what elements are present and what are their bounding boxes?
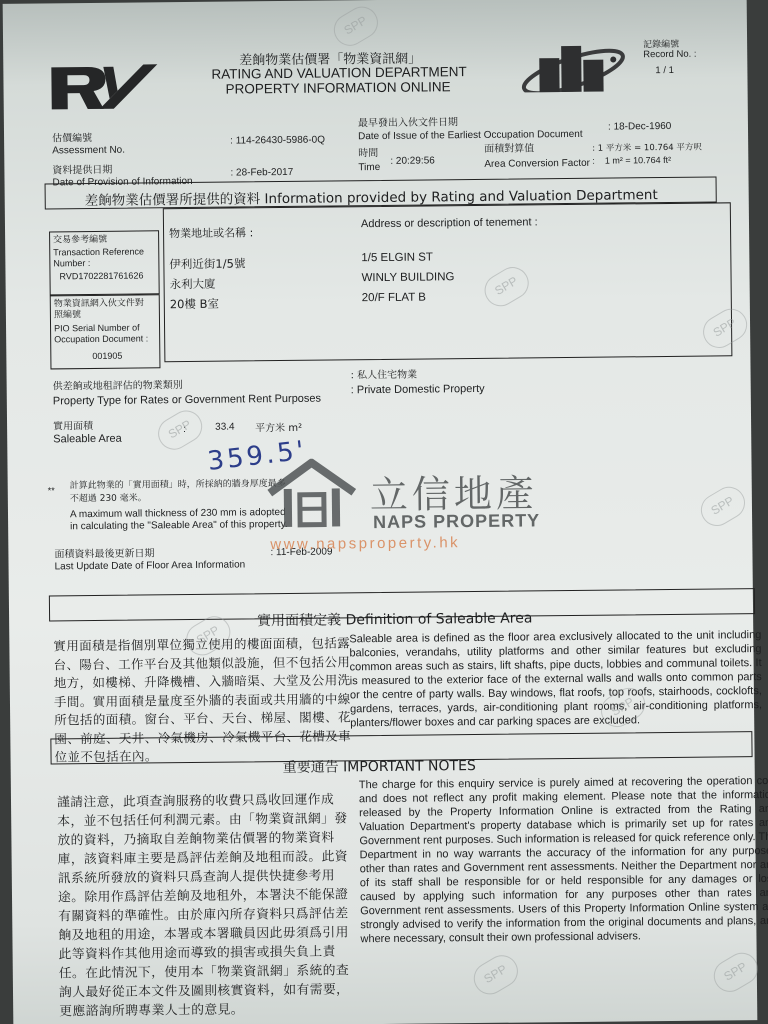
- wall-note-zh-2: 不超過 230 毫米。: [70, 493, 147, 505]
- earliest-doc-label-zh: 最早發出入伙文件日期: [358, 117, 458, 130]
- saleable-area-unit: 平方米 m²: [255, 419, 302, 434]
- document-page: 差餉物業估價署「物業資訊網」 RATING AND VALUATION DEPA…: [3, 0, 758, 1024]
- time-label-en: Time: [358, 162, 380, 174]
- spp-watermark-icon: SPP: [708, 947, 764, 998]
- header-subtitle-en: PROPERTY INFORMATION ONLINE: [225, 79, 450, 96]
- last-update-label-en: Last Update Date of Floor Area Informati…: [54, 559, 245, 572]
- property-type-label-zh: 供差餉或地租評估的物業類別: [53, 380, 183, 393]
- address-label-zh: 物業地址或名稱 :: [169, 223, 253, 244]
- wall-note-zh-1: 計算此物業的「實用面積」時，所採納的牆身厚度最多: [70, 479, 286, 492]
- buildings-logo-icon: [515, 41, 626, 92]
- pio-serial-label-zh: 物業資訊網入伙文件對照編號: [54, 298, 152, 321]
- address-zh-line: 永利大廈: [169, 273, 245, 294]
- watermark-url: www.napsproperty.hk: [270, 534, 460, 553]
- transaction-ref-label-zh: 交易參考編號: [53, 235, 107, 247]
- wall-note-en-1: A maximum wall thickness of 230 mm is ad…: [70, 507, 286, 520]
- property-type-value-zh: : 私人住宅物業: [351, 370, 418, 383]
- record-label-en: Record No. :: [643, 49, 696, 61]
- provision-date-value: : 28-Feb-2017: [230, 167, 293, 179]
- address-zh-line: 20樓 B室: [170, 293, 246, 314]
- address-en-line: WINLY BUILDING: [361, 267, 454, 288]
- watermark-brand-en: NAPS PROPERTY: [373, 510, 540, 533]
- important-text-en: The charge for this enquiry service is p…: [359, 774, 768, 946]
- pio-serial-value: 001905: [92, 351, 122, 362]
- transaction-ref-value: RVD1702281761626: [59, 270, 143, 282]
- last-update-label-zh: 面積資料最後更新日期: [54, 548, 154, 561]
- saleable-area-value: 33.4: [215, 422, 235, 433]
- property-type-label-en: Property Type for Rates or Government Re…: [53, 393, 321, 408]
- saleable-area-label-en: Saleable Area: [53, 433, 122, 446]
- transaction-ref-label-en: Transaction Reference Number :: [53, 246, 157, 269]
- conversion-label-zh: 面積對算值: [484, 143, 534, 156]
- spp-watermark-icon: SPP: [152, 405, 208, 456]
- important-title: 重要通告 IMPORTANT NOTES: [283, 755, 476, 777]
- address-en: 1/5 ELGIN ST WINLY BUILDING 20/F FLAT B: [361, 247, 454, 308]
- address-zh: 伊利近街1/5號 永利大廈 20樓 B室: [169, 253, 246, 314]
- important-text-zh: 謹請注意，此項查詢服務的收費只爲收回運作成本，並不包括任何利潤元素。由「物業資訊…: [57, 790, 359, 1021]
- address-en-line: 20/F FLAT B: [362, 287, 455, 308]
- time-value: : 20:29:56: [390, 155, 435, 166]
- spp-watermark-icon: SPP: [695, 481, 751, 532]
- spp-watermark-icon: SPP: [468, 949, 524, 1000]
- property-type-value-en: : Private Domestic Property: [351, 383, 485, 396]
- wall-note-marker: **: [48, 485, 55, 496]
- address-en-line: 1/5 ELGIN ST: [361, 247, 454, 268]
- conversion-label-en: Area Conversion Factor: [484, 158, 590, 171]
- address-zh-line: 伊利近街1/5號: [169, 253, 245, 274]
- definition-text-en: Saleable area is defined as the floor ar…: [349, 628, 762, 730]
- spp-watermark-icon: SPP: [328, 1, 384, 52]
- address-label-en: Address or description of tenement :: [361, 212, 538, 234]
- conversion-value-zh: : 1 平方米 = 10.764 平方呎: [592, 141, 702, 154]
- assessment-value: : 114-26430-5986-0Q: [230, 135, 325, 147]
- wall-note-en-2: in calculating the "Saleable Area" of th…: [70, 519, 288, 532]
- earliest-doc-value: : 18-Dec-1960: [608, 121, 671, 133]
- assessment-label-en: Assessment No.: [52, 145, 125, 158]
- provision-date-label-zh: 資料提供日期: [52, 165, 112, 178]
- time-label-zh: 時間: [358, 148, 378, 160]
- rv-logo-icon: [47, 60, 160, 113]
- record-value: 1 / 1: [655, 65, 674, 76]
- conversion-value-en: : 1 m² = 10.764 ft²: [592, 155, 671, 166]
- house-watermark-icon: [265, 458, 358, 529]
- assessment-label-zh: 估價編號: [52, 133, 92, 145]
- earliest-doc-label-en: Date of Issue of the Earliest Occupation…: [358, 129, 583, 143]
- saleable-area-label-zh: 實用面積: [53, 421, 93, 433]
- definition-title: 實用面積定義 Definition of Saleable Area: [257, 607, 532, 630]
- pio-serial-label-en: PIO Serial Number of Occupation Document…: [54, 322, 158, 345]
